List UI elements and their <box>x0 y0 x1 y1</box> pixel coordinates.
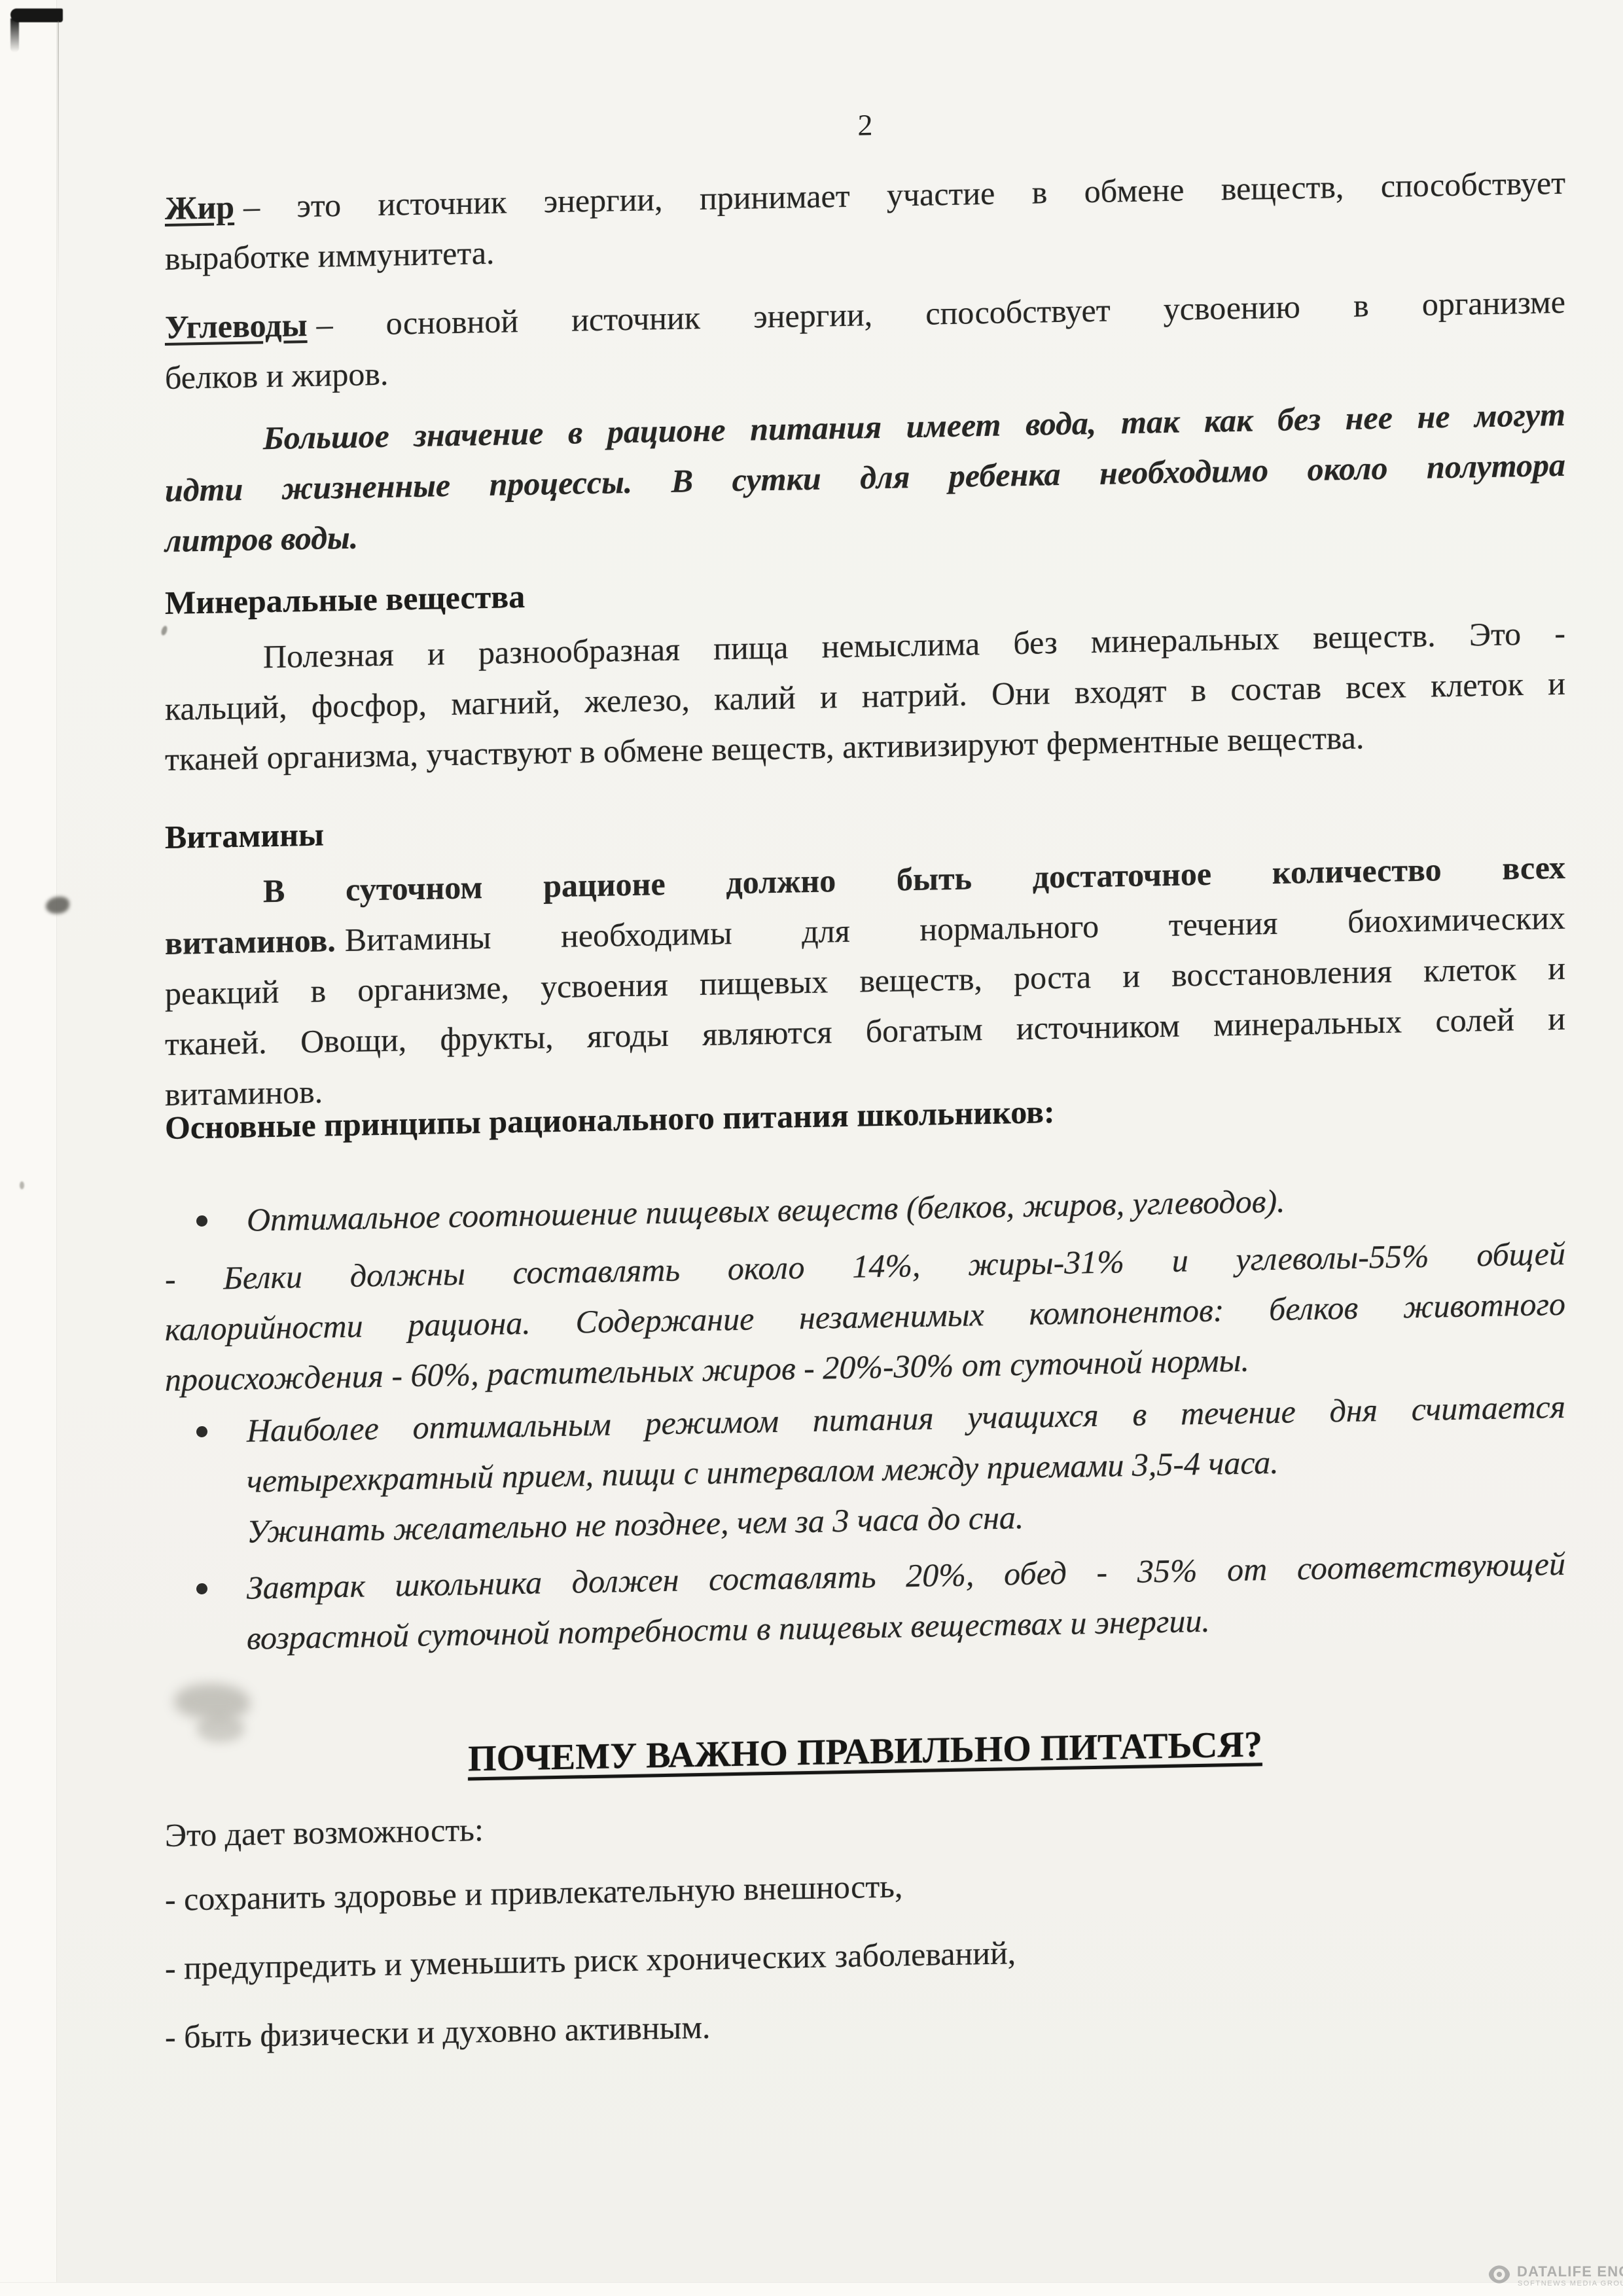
why-intro: Это дает возможность: <box>165 1785 1565 1861</box>
bullet-item-3: Завтрак школьника должен составлять 20%,… <box>165 1539 1565 1665</box>
watermark-subtitle: SOFTNEWS MEDIA GROUP <box>1518 2280 1623 2287</box>
why-intro-text: Это дает возможность: <box>165 1785 1565 1861</box>
scanned-document-page: 2 Жир– это источник энергии, принимает у… <box>0 0 1623 2296</box>
paragraph-vitamins: В суточном рационе должно быть достаточн… <box>165 842 1565 1120</box>
benefit-item-1-text: - сохранить здоровье и привлекательную в… <box>165 1849 1565 1925</box>
bullet-item-1-text: Оптимальное соотношение пищевых веществ … <box>247 1183 1285 1238</box>
paragraph-vitamins-line2-bold: витаминов. <box>165 922 336 961</box>
heading-why-eat-right: ПОЧЕМУ ВАЖНО ПРАВИЛЬНО ПИТАТЬСЯ? <box>165 1717 1565 1786</box>
document-content: 2 Жир– это источник энергии, принимает у… <box>0 0 1623 2296</box>
benefit-item-2-text: - предупредить и уменьшить риск хроничес… <box>165 1918 1565 1994</box>
benefit-item-2: - предупредить и уменьшить риск хроничес… <box>165 1918 1565 1994</box>
benefit-item-3-text: - быть физически и духовно активным. <box>165 1986 1565 2062</box>
paragraph-fat: Жир– это источник энергии, принимает уча… <box>165 158 1565 284</box>
term-fat: Жир <box>165 188 234 226</box>
benefit-item-3: - быть физически и духовно активным. <box>165 1986 1565 2062</box>
bullet-dot-icon <box>196 1583 207 1594</box>
datalife-logo-eye-icon <box>1487 2263 1512 2286</box>
paragraph-water: Большое значение в рационе питания имеет… <box>165 389 1565 566</box>
paragraph-minerals: Полезная и разнообразная пища немыслима … <box>165 608 1565 785</box>
term-carbs: Углеводы <box>165 306 308 346</box>
bullet-dot-icon <box>196 1426 207 1437</box>
datalife-watermark: DATALIFE ENGINE SOFTNEWS MEDIA GROUP <box>1487 2259 1618 2292</box>
benefit-item-1: - сохранить здоровье и привлекательную в… <box>165 1849 1565 1925</box>
bullet-item-2: Наиболее оптимальным режимом питания уча… <box>165 1382 1565 1558</box>
paragraph-proteins-share: - Белки должны составлять около 14%, жир… <box>165 1229 1565 1405</box>
page-number: 2 <box>165 96 1565 154</box>
bullet-dot-icon <box>196 1215 207 1227</box>
paragraph-carbs: Углеводы– основной источник энергии, спо… <box>165 277 1565 403</box>
watermark-title: DATALIFE ENGINE <box>1517 2263 1623 2280</box>
